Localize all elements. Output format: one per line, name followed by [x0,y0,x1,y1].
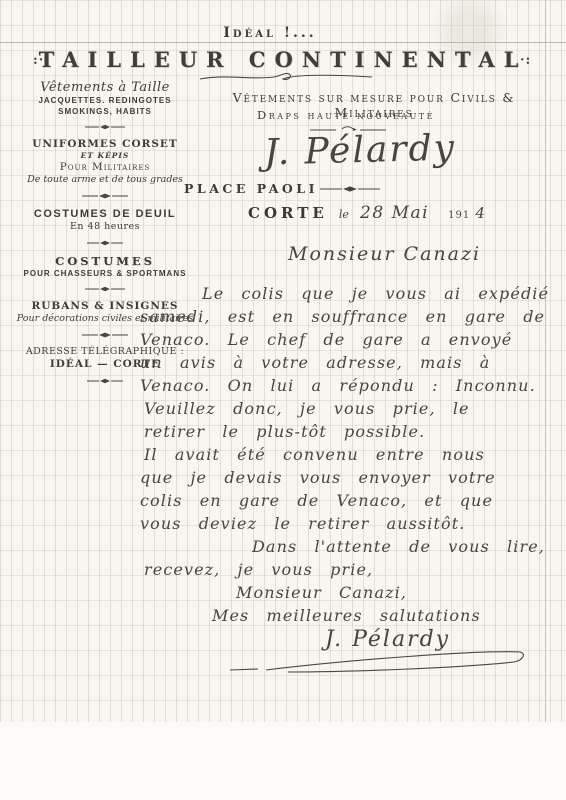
sidebar-block-costumes: COSTUMES POUR CHASSEURS & SPORTMANS [16,254,194,279]
sidebar-line: JACQUETTES. REDINGOTES [16,95,194,106]
letter-line: vous deviez le retirer aussitôt. [140,512,552,535]
signature-flourish-icon [228,648,528,674]
sidebar-line: Pour Militaires [16,161,194,174]
letter-line: Il avait été convenu entre nous [140,443,552,466]
squiggle-divider-icon [198,70,374,84]
top-ruled-line [0,42,566,43]
letter-line: Dans l'attente de vous lire, [140,535,552,558]
street-address: PLACE PAOLI [184,181,318,196]
letter-line: recevez, je vous prie, [140,558,552,581]
dateline-le: le [339,208,349,221]
divider-ornament-icon [80,191,130,201]
letter-line: Le colis que je vous ai expédié [140,282,552,305]
sidebar-line: ET KÉPIS [16,151,194,161]
letter-scan-page: Idéal !... :· ·: TAILLEUR CONTINENTAL Vê… [0,0,566,800]
services-line-2: Draps haute nouveauté [196,108,496,122]
letter-line: Mes meilleures salutations [140,604,552,627]
sidebar-block-vetements: Vêtements à Taille JACQUETTES. REDINGOTE… [16,80,194,117]
letter-salutation: Monsieur Canazi [288,243,481,265]
dateline: CORTE le 28 Mai 191 4 [248,203,485,223]
sidebar-line: COSTUMES [16,254,194,268]
brand-tagline: Idéal !... [0,25,540,41]
letter-line: colis en gare de Venaco, et que [140,489,552,512]
letter-line: Veuillez donc, je vous prie, le [140,397,552,420]
letter-line: un avis à votre adresse, mais à [140,351,552,374]
sidebar-line: COSTUMES DE DEUIL [16,207,194,221]
letter-line: que je devais vous envoyer votre [140,466,552,489]
dateline-city: CORTE [248,204,328,222]
letter-body: Le colis que je vous ai expédié samedi, … [140,282,552,653]
letter-line: Venaco. Le chef de gare a envoyé [140,328,552,351]
sidebar-line: De toute arme et de tous grades [16,174,194,186]
letter-line: retirer le plus-tôt possible. [140,420,552,443]
sidebar-line: En 48 heures [16,221,194,233]
sidebar-line: SMOKINGS, HABITS [16,106,194,117]
sidebar-block-deuil: COSTUMES DE DEUIL En 48 heures [16,207,194,233]
divider-ornament-icon [83,284,127,294]
sidebar-line: Vêtements à Taille [16,80,194,95]
page-title: TAILLEUR CONTINENTAL [0,47,566,72]
divider-ornament-icon [80,330,130,340]
divider-ornament-icon [83,122,127,132]
letter-line: samedi, est en souffrance en gare de [140,305,552,328]
dateline-year-printed: 191 [448,210,470,221]
divider-ornament-icon [318,184,382,194]
divider-ornament-icon [85,238,125,248]
sidebar-line: POUR CHASSEURS & SPORTMANS [16,268,194,279]
letter-line: Venaco. On lui a répondu : Inconnu. [140,374,552,397]
letter-line: Monsieur Canazi, [140,581,552,604]
divider-ornament-icon [85,376,125,386]
dateline-handwritten-date: 28 Mai [360,203,429,223]
dateline-year-handwritten: 4 [475,204,485,222]
sidebar-line: UNIFORMES CORSET [16,138,194,151]
sidebar-block-uniformes: UNIFORMES CORSET ET KÉPIS Pour Militaire… [16,138,194,186]
